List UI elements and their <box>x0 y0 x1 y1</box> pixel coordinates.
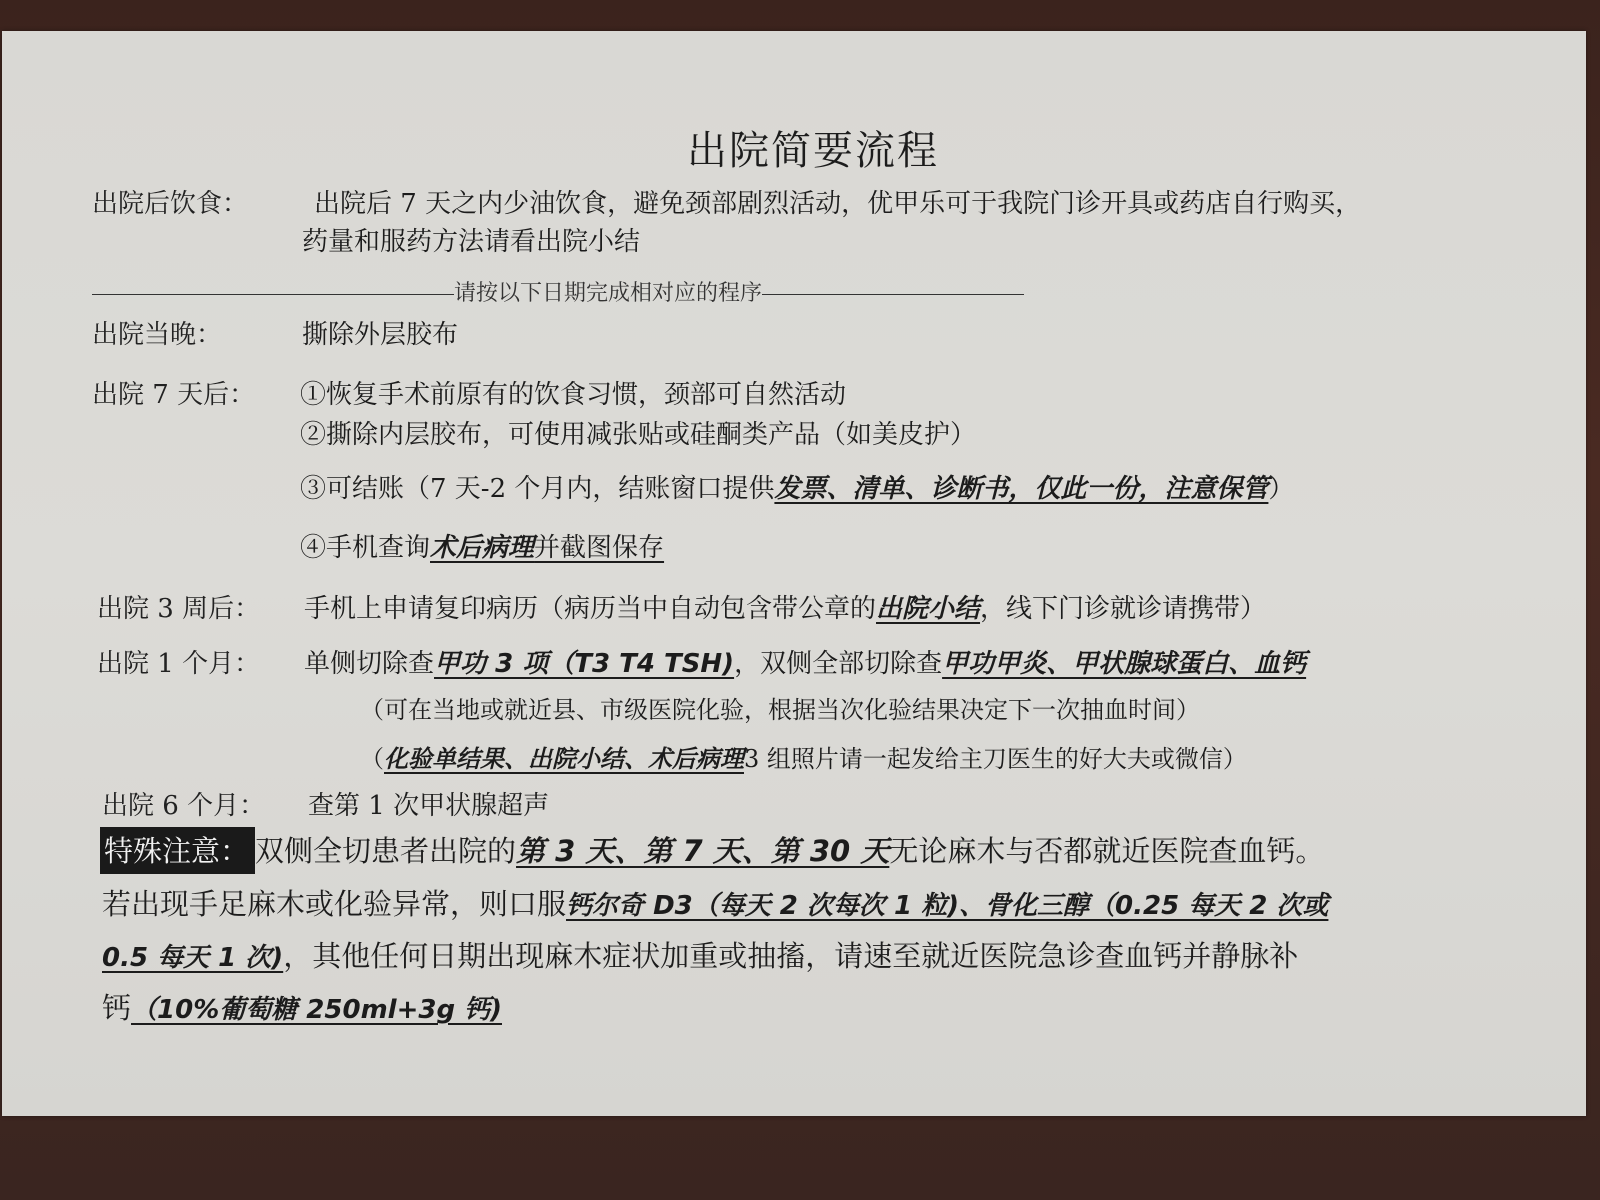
document-paper: 出院简要流程 出院后饮食： 出院后 7 天之内少油饮食，避免颈部剧烈活动，优甲乐… <box>2 31 1586 1116</box>
month1-note2: （化验单结果、出院小结、术后病理3 组照片请一起发给主刀医生的好大夫或微信） <box>360 739 1247 774</box>
day7-item1: ①恢复手术前原有的饮食习惯，颈部可自然活动 <box>300 374 846 411</box>
month1-note2-emphasis: 化验单结果、出院小结、术后病理 <box>384 745 744 773</box>
month1-text: 单侧切除查甲功 3 项（T3 T4 TSH)，双侧全部切除查甲功甲炎、甲状腺球蛋… <box>304 643 1306 680</box>
day7-item4: ④手机查询术后病理并截图保存 <box>300 527 664 564</box>
month1-middle: ，双侧全部切除查 <box>734 649 942 679</box>
night-label: 出院当晚： <box>92 314 222 351</box>
special-line2-prefix: 若出现手足麻木或化验异常，则口服 <box>102 887 566 921</box>
special-line1-prefix: 双侧全切患者出院的 <box>255 834 516 868</box>
special-line2: 若出现手足麻木或化验异常，则口服钙尔奇 D3（每天 2 次每次 1 粒)、骨化三… <box>102 882 1328 923</box>
week3-prefix: 手机上申请复印病历（病历当中自动包含带公章的 <box>304 594 876 624</box>
month1-emphasis-unilateral: 甲功 3 项（T3 T4 TSH) <box>434 649 734 679</box>
special-line4-prefix: 钙 <box>102 991 131 1025</box>
special-line3-suffix: ，其他任何日期出现麻木症状加重或抽搐，请速至就近医院急诊查血钙并静脉补 <box>283 939 1298 973</box>
week3-label: 出院 3 周后： <box>97 588 260 625</box>
day7-item4-prefix: ④手机查询 <box>300 533 430 563</box>
special-line3: 0.5 每天 1 次)，其他任何日期出现麻木症状加重或抽搐，请速至就近医院急诊查… <box>102 934 1298 975</box>
special-line3-emphasis: 0.5 每天 1 次) <box>102 943 283 973</box>
day7-item4-emphasis: 术后病理 <box>430 533 534 563</box>
special-line1-emphasis: 第 3 天、第 7 天、第 30 天 <box>516 834 889 868</box>
diet-label: 出院后饮食： <box>92 183 248 220</box>
week3-suffix: ，线下门诊就诊请携带） <box>980 594 1266 624</box>
night-text: 撕除外层胶布 <box>302 314 458 351</box>
month1-note2-prefix: （ <box>360 745 384 773</box>
month1-label: 出院 1 个月： <box>97 643 260 680</box>
divider-text: 请按以下日期完成相对应的程序 <box>454 281 762 306</box>
diet-text-line2: 药量和服药方法请看出院小结 <box>302 221 640 258</box>
day7-item3-prefix: ③可结账（7 天-2 个月内，结账窗口提供 <box>300 474 774 504</box>
month1-emphasis-bilateral: 甲功甲炎、甲状腺球蛋白、血钙 <box>942 649 1306 679</box>
day7-item3-emphasis: 发票、清单、诊断书，仅此一份，注意保管 <box>774 474 1268 504</box>
day7-item3-suffix: ） <box>1268 474 1294 504</box>
month6-text: 查第 1 次甲状腺超声 <box>308 785 549 822</box>
day7-item3: ③可结账（7 天-2 个月内，结账窗口提供发票、清单、诊断书，仅此一份，注意保管… <box>300 468 1294 505</box>
week3-text: 手机上申请复印病历（病历当中自动包含带公章的出院小结，线下门诊就诊请携带） <box>304 588 1266 625</box>
day7-item2: ②撕除内层胶布，可使用减张贴或硅酮类产品（如美皮护） <box>300 414 976 451</box>
special-line1-suffix: 无论麻木与否都就近医院查血钙。 <box>889 834 1324 868</box>
week3-emphasis: 出院小结 <box>876 594 980 624</box>
day7-label: 出院 7 天后： <box>92 374 255 411</box>
special-notice-label: 特殊注意： <box>100 827 255 874</box>
month1-prefix: 单侧切除查 <box>304 649 434 679</box>
month6-label: 出院 6 个月： <box>102 785 265 822</box>
divider-rule-right <box>762 294 1024 295</box>
month1-note1: （可在当地或就近县、市级医院化验，根据当次化验结果决定下一次抽血时间） <box>360 690 1200 725</box>
page-title: 出院简要流程 <box>687 119 939 176</box>
divider-rule-left <box>92 294 454 295</box>
month1-note2-suffix: 3 组照片请一起发给主刀医生的好大夫或微信） <box>744 745 1247 773</box>
section-divider: 请按以下日期完成相对应的程序 <box>92 276 1024 307</box>
special-line2-emphasis: 钙尔奇 D3（每天 2 次每次 1 粒)、骨化三醇（0.25 每天 2 次或 <box>566 891 1328 921</box>
day7-item4-suffix: 并截图保存 <box>534 533 664 563</box>
diet-text-line1: 出院后 7 天之内少油饮食，避免颈部剧烈活动，优甲乐可于我院门诊开具或药店自行购… <box>314 183 1361 220</box>
special-line4: 钙（10%葡萄糖 250ml+3g 钙) <box>102 986 502 1027</box>
special-line4-emphasis: （10%葡萄糖 250ml+3g 钙) <box>131 995 502 1025</box>
special-line1: 特殊注意：双侧全切患者出院的第 3 天、第 7 天、第 30 天无论麻木与否都就… <box>100 827 1324 874</box>
